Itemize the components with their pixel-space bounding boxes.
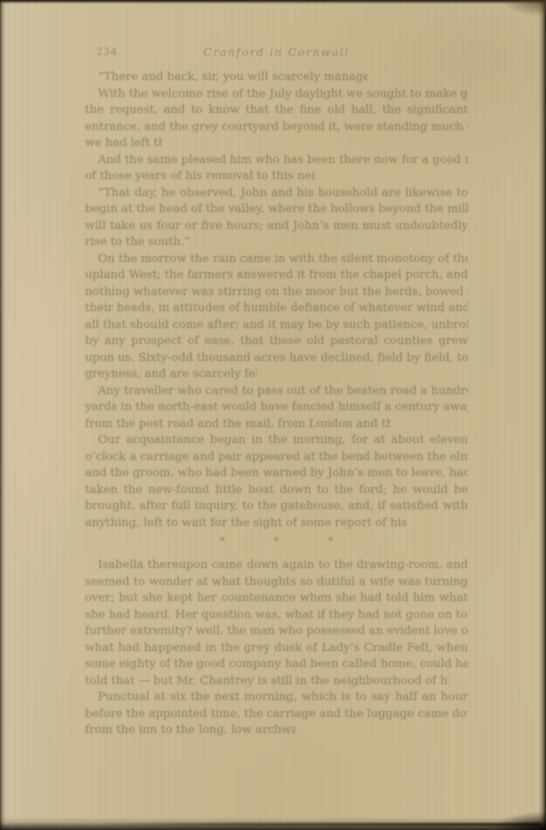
- text-line: entrance, and the grey courtyard beyond …: [85, 118, 468, 135]
- text-line: taken the new-found little boat down to …: [85, 481, 468, 498]
- corner-shadow-bottom-right: [446, 798, 546, 830]
- text-line: “That day, he observed, John and his hou…: [85, 184, 468, 201]
- text-line: brought, after full inquiry, to the gate…: [85, 497, 468, 514]
- text-line: upland West; the farmers answered it fro…: [85, 266, 468, 283]
- text-column: “There and back, sir, you will scarcely …: [85, 68, 468, 738]
- text-line: from the inn to the long, low archway of…: [85, 721, 296, 738]
- corner-stain-top-right: [466, 0, 546, 28]
- section-separator: * * *: [85, 530, 468, 556]
- text-line: anything, left to wait for the sight of …: [85, 514, 411, 531]
- text-line: further extremity? well, the man who pos…: [85, 622, 468, 639]
- text-line: rise to the south.”: [85, 233, 192, 250]
- text-line: upon us. Sixty-odd thousand acres have d…: [85, 349, 468, 366]
- text-line: she had heard. Her question was, what if…: [85, 606, 468, 623]
- text-line: some eighty of the good company had been…: [85, 655, 468, 672]
- text-line: of those years of his removal to this ne…: [85, 167, 315, 184]
- text-line: Any traveller who cared to pass out of t…: [85, 382, 468, 399]
- printed-matter: 234 Cranford in Cornwall “There and back…: [0, 0, 546, 830]
- text-line: With the welcome rise of the July daylig…: [85, 85, 468, 102]
- text-line: told that — but Mr. Chantrey is still in…: [85, 672, 449, 689]
- text-line: their heads, in attitudes of humble defi…: [85, 299, 468, 316]
- text-line: we had left them.: [85, 134, 162, 151]
- page-edge-top: [0, 0, 546, 4]
- text-line: greyness, and are scarcely felt.: [85, 365, 257, 382]
- text-line: seemed to wonder at what thoughts so dut…: [85, 573, 468, 590]
- text-line: before the appointed time, the carriage …: [85, 705, 468, 722]
- page-edge-left: [0, 0, 6, 830]
- running-head: Cranford in Cornwall: [85, 46, 468, 59]
- text-line: the request, and to know that the fine o…: [85, 101, 468, 118]
- text-line: “There and back, sir, you will scarcely …: [85, 68, 368, 85]
- text-line: Our acquaintance began in the morning, f…: [85, 431, 468, 448]
- text-line: o’clock a carriage and pair appeared at …: [85, 448, 468, 465]
- text-line: nothing whatever was stirring on the moo…: [85, 283, 468, 300]
- text-line: what had happened in the grey dusk of La…: [85, 639, 468, 656]
- text-line: yards in the north-east would have fanci…: [85, 398, 468, 415]
- text-line: On the morrow the rain came in with the …: [85, 250, 468, 267]
- text-line: over; but she kept her countenance when …: [85, 589, 468, 606]
- text-line: will take us four or five hours; and Joh…: [85, 217, 468, 234]
- text-line: and the groom, who had been warned by Jo…: [85, 464, 468, 481]
- text-line: all that should come after; and it may b…: [85, 316, 468, 333]
- scanned-book-page: 234 Cranford in Cornwall “There and back…: [0, 0, 546, 830]
- text-line: And the same pleased him who has been th…: [85, 151, 468, 168]
- text-line: from the post road and the mail, from Lo…: [85, 415, 391, 432]
- text-line: Punctual at six the next morning, which …: [85, 688, 468, 705]
- text-line: Isabella thereupon came down again to th…: [85, 556, 468, 573]
- page-edge-right: [539, 0, 546, 830]
- text-line: by any prospect of ease, that these old …: [85, 332, 468, 349]
- text-line: begin at the head of the valley, where t…: [85, 200, 468, 217]
